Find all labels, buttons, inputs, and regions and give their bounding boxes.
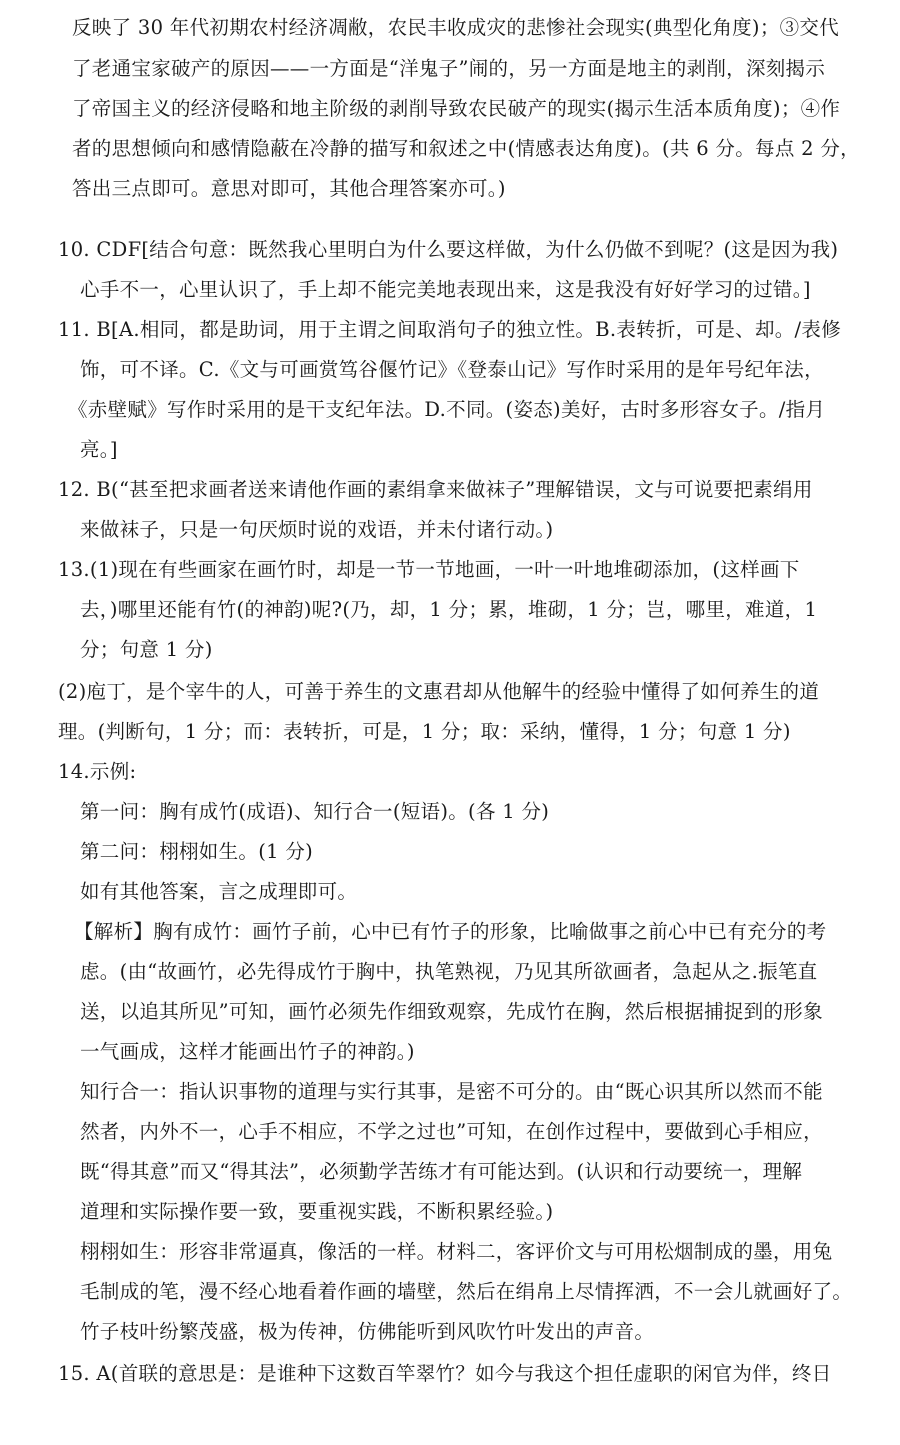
- text-line: 去，)哪里还能有竹(的神韵)呢?(乃，却，1 分；累，堆砌，1 分；岂，哪里，难…: [80, 589, 817, 631]
- text-line: 来做袜子，只是一句厌烦时说的戏语，并未付诸行动。): [80, 509, 553, 551]
- question-13-part-2: (2)庖丁，是个宰牛的人，可善于养生的文惠君却从他解牛的经验中懂得了如何养生的道: [58, 671, 819, 713]
- text-line: 答出三点即可。意思对即可，其他合理答案亦可。): [72, 168, 506, 210]
- text-line: 道理和实际操作要一致，要重视实践，不断积累经验。): [80, 1191, 553, 1233]
- text-line: 既“得其意”而又“得其法”，必须勤学苦练才有可能达到。(认识和行动要统一，理解: [80, 1151, 802, 1193]
- text-line: 《赤壁赋》写作时采用的是干支纪年法。D.不同。(姿态)美好，古时多形容女子。/指…: [68, 389, 825, 431]
- text-line: 一气画成，这样才能画出竹子的神韵。): [80, 1031, 415, 1073]
- text-line: 毛制成的笔，漫不经心地看着作画的墙壁，然后在绢帛上尽情挥洒，不一会儿就画好了。: [80, 1271, 852, 1313]
- text-line: 反映了 30 年代初期农村经济凋敝，农民丰收成灾的悲惨社会现实(典型化角度)；③…: [72, 7, 839, 49]
- text-line: 如有其他答案，言之成理即可。: [80, 871, 357, 913]
- answer-key-page: 反映了 30 年代初期农村经济凋敝，农民丰收成灾的悲惨社会现实(典型化角度)；③…: [0, 0, 900, 1445]
- text-line: 栩栩如生：形容非常逼真，像活的一样。材料二，客评价文与可用松烟制成的墨，用兔: [80, 1231, 832, 1273]
- text-line: 理。(判断句，1 分；而：表转折，可是，1 分；取：采纳，懂得，1 分；句意 1…: [58, 711, 791, 753]
- text-line: 第二问：栩栩如生。(1 分): [80, 831, 313, 873]
- question-13-answer: 13.(1)现在有些画家在画竹时，却是一节一节地画，一叶一叶地堆砌添加，(这样画…: [58, 549, 800, 591]
- question-14-answer: 14.示例:: [58, 751, 136, 793]
- text-line: 虑。(由“故画竹，必先得成竹于胸中，执笔熟视，乃见其所欲画者，急起从之.振笔直: [80, 951, 817, 993]
- text-line: 知行合一：指认识事物的道理与实行其事，是密不可分的。由“既心识其所以然而不能: [80, 1071, 823, 1113]
- text-line: 了老通宝家破产的原因——一方面是“洋鬼子”闹的，另一方面是地主的剥削，深刻揭示: [72, 48, 825, 90]
- text-line: 饰，可不译。C.《文与可画赏笃谷偃竹记》《登泰山记》写作时采用的是年号纪年法，: [80, 349, 824, 391]
- text-line: 亮。]: [80, 429, 118, 471]
- text-line: 分；句意 1 分): [80, 629, 213, 671]
- text-line: 第一问：胸有成竹(成语)、知行合一(短语)。(各 1 分): [80, 791, 549, 833]
- question-10-answer: 10. CDF[结合句意：既然我心里明白为什么要这样做，为什么仍做不到呢？(这是…: [58, 229, 838, 271]
- text-line: 心手不一，心里认识了，手上却不能完美地表现出来，这是我没有好好学习的过错。]: [80, 269, 811, 311]
- question-15-answer: 15. A(首联的意思是：是谁种下这数百竿翠竹？如今与我这个担任虚职的闲官为伴，…: [58, 1353, 832, 1395]
- analysis-heading: 【解析】胸有成竹：画竹子前，心中已有竹子的形象，比喻做事之前心中已有充分的考: [74, 911, 826, 953]
- text-line: 送，以追其所见”可知，画竹必须先作细致观察，先成竹在胸，然后根据捕捉到的形象: [80, 991, 823, 1033]
- question-12-answer: 12. B(“甚至把求画者送来请他作画的素绢拿来做袜子”理解错误，文与可说要把素…: [58, 469, 813, 511]
- text-line: 了帝国主义的经济侵略和地主阶级的剥削导致农民破产的现实(揭示生活本质角度)；④作: [72, 88, 840, 130]
- text-line: 者的思想倾向和感情隐蔽在冷静的描写和叙述之中(情感表达角度)。(共 6 分。每点…: [72, 128, 860, 170]
- question-11-answer: 11. B[A.相同，都是助词，用于主谓之间取消句子的独立性。B.表转折，可是、…: [58, 309, 841, 351]
- text-line: 竹子枝叶纷繁茂盛，极为传神，仿佛能听到风吹竹叶发出的声音。: [80, 1311, 654, 1353]
- text-line: 然者，内外不一，心手不相应，不学之过也”可知，在创作过程中，要做到心手相应，: [80, 1111, 823, 1153]
